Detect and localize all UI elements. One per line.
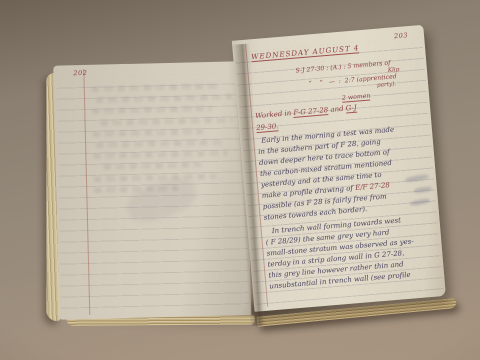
diary-paragraph: Early in the morning a test was made in …	[257, 122, 434, 224]
diary-entry: Wednesday August 4 S-J 27-30 : (A.) : 5 …	[250, 35, 441, 308]
notebook: 202 203 Wednesday August 4	[39, 23, 459, 339]
roster-line: party).	[377, 79, 397, 92]
diary-paragraph: In trench wall forming towards west ( F …	[264, 213, 439, 293]
page-number-left: 202	[73, 69, 87, 77]
left-page: 202	[53, 61, 251, 320]
worked-squares-line: 29-30.	[256, 121, 279, 134]
worked-squares-line: Worked in F-G 27-28 and G-J	[255, 103, 357, 122]
photo-of-open-notebook: 202 203 Wednesday August 4	[0, 0, 480, 360]
entry-date-heading: Wednesday August 4	[251, 42, 360, 62]
ink-bleed-through	[92, 83, 238, 266]
